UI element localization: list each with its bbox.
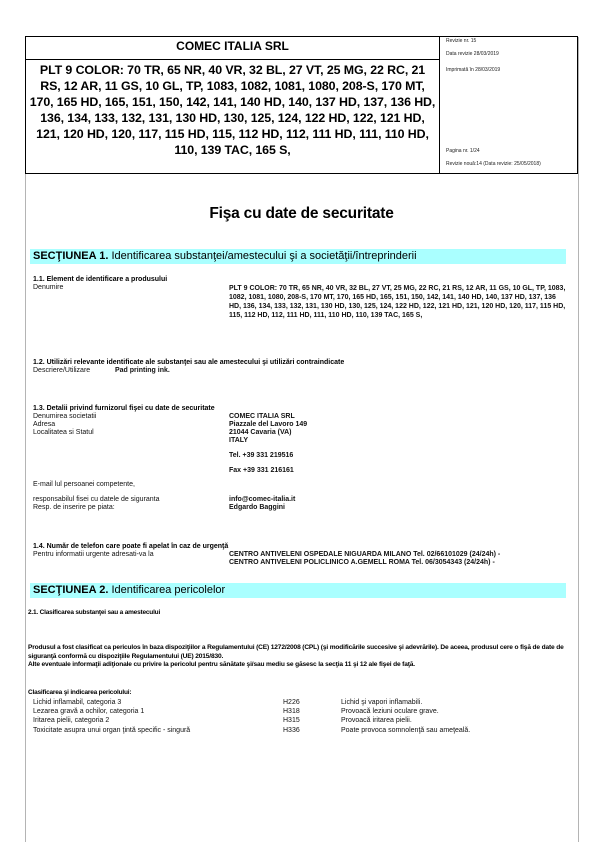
company-label: Denumirea societatii xyxy=(33,413,96,420)
product-name-label: Denumire xyxy=(33,284,63,291)
classification-paragraph-2: Alte eventuale informaţii adiţionale cu … xyxy=(28,661,573,670)
header-left-cell: COMEC ITALIA SRL PLT 9 COLOR: 70 TR, 65 … xyxy=(26,37,440,173)
email-link[interactable]: info@comec-italia.it xyxy=(229,496,295,503)
address-value: Piazzale del Lavoro 149 xyxy=(229,421,307,428)
phone-number: Tel. +39 331 219516 xyxy=(229,452,293,459)
emergency-contact-1: CENTRO ANTIVELENI OSPEDALE NIGUARDA MILA… xyxy=(229,551,500,558)
replaced-revision: Revizie nouă:14 (Data revizie: 25/05/201… xyxy=(446,161,541,167)
email-label-line-1: E-mail lul persoanei competente, xyxy=(33,481,135,488)
section-1-title: Identificarea substanţei/amestecului şi … xyxy=(108,250,416,262)
hazard-category: Toxicitate asupra unui organ ţintă speci… xyxy=(33,727,190,734)
hazard-code: H336 xyxy=(283,727,300,734)
company-value: COMEC ITALIA SRL xyxy=(229,413,295,420)
revision-number: Revizie nr. 15 xyxy=(446,38,476,44)
section-2-title: Identificarea pericolelor xyxy=(108,584,225,596)
header-company-name: COMEC ITALIA SRL xyxy=(26,37,439,60)
hazard-code: H318 xyxy=(283,708,300,715)
hazard-category: Lichid inflamabil, categoria 3 xyxy=(33,699,121,706)
subsection-2-1-heading: 2.1. Clasificarea substanţei sau a amest… xyxy=(28,609,160,616)
page-number: Pagina nr. 1/24 xyxy=(446,148,480,154)
section-2-header: SECŢIUNEA 2. Identificarea pericolelor xyxy=(30,583,566,598)
hazard-code: H315 xyxy=(283,717,300,724)
hazard-statement: Provoacă leziuni oculare grave. xyxy=(341,708,439,715)
hazard-statement: Lichid şi vapori inflamabili. xyxy=(341,699,422,706)
fax-number: Fax +39 331 216161 xyxy=(229,467,294,474)
subsection-1-2-heading: 1.2. Utilizări relevante identificate al… xyxy=(33,359,344,366)
revision-date: Data revizie 28/03/2019 xyxy=(446,51,499,57)
emergency-contact-2: CENTRO ANTIVELENI POLICLINICO A.GEMELL R… xyxy=(229,559,495,566)
document-title: Fişa cu date de securitate xyxy=(25,205,578,223)
hazard-statement: Provoacă iritarea pielii. xyxy=(341,717,412,724)
usage-label: Descriere/Utilizare xyxy=(33,367,90,374)
locality-value: 21044 Cavaria (VA) xyxy=(229,429,292,436)
section-1-header: SECŢIUNEA 1. Identificarea substanţei/am… xyxy=(30,249,566,264)
classification-paragraph-1: Produsul a fost clasificat ca periculos … xyxy=(28,644,573,661)
emergency-label: Pentru informatii urgente adresati-va la xyxy=(33,551,154,558)
locality-label: Localitatea si Statul xyxy=(33,429,94,436)
hazard-statement: Poate provoca somnolenţă sau ameţeală. xyxy=(341,727,470,734)
hazard-code: H226 xyxy=(283,699,300,706)
printed-date: Imprimată în 28/03/2019 xyxy=(446,67,500,73)
section-2-number: SECŢIUNEA 2. xyxy=(33,584,108,596)
email-label-line-2: responsabilul fisei cu datele de siguran… xyxy=(33,496,159,503)
header-revision-cell: Revizie nr. 15 Data revizie 28/03/2019 I… xyxy=(444,37,579,173)
subsection-1-4-heading: 1.4. Număr de telefon care poate fi apel… xyxy=(33,543,228,550)
subsection-1-1-heading: 1.1. Element de identificare a produsulu… xyxy=(33,276,167,283)
header-product-name: PLT 9 COLOR: 70 TR, 65 NR, 40 VR, 32 BL,… xyxy=(26,60,439,158)
subsection-1-3-heading: 1.3. Detalii privind furnizorul fişei cu… xyxy=(33,405,215,412)
document-header: COMEC ITALIA SRL PLT 9 COLOR: 70 TR, 65 … xyxy=(25,36,578,174)
section-1-number: SECŢIUNEA 1. xyxy=(33,250,108,262)
classification-heading: Clasificarea şi indicarea pericolului: xyxy=(28,689,131,696)
address-label: Adresa xyxy=(33,421,55,428)
market-responsible-label: Resp. de inserire pe piata: xyxy=(33,504,115,511)
country-value: ITALY xyxy=(229,437,248,444)
market-responsible-value: Edgardo Baggini xyxy=(229,504,285,511)
product-name-value: PLT 9 COLOR: 70 TR, 65 NR, 40 VR, 32 BL,… xyxy=(229,284,569,320)
hazard-category: Lezarea gravă a ochilor, categoria 1 xyxy=(33,708,144,715)
hazard-category: Iritarea pielii, categoria 2 xyxy=(33,717,109,724)
usage-value: Pad printing ink. xyxy=(115,367,170,374)
